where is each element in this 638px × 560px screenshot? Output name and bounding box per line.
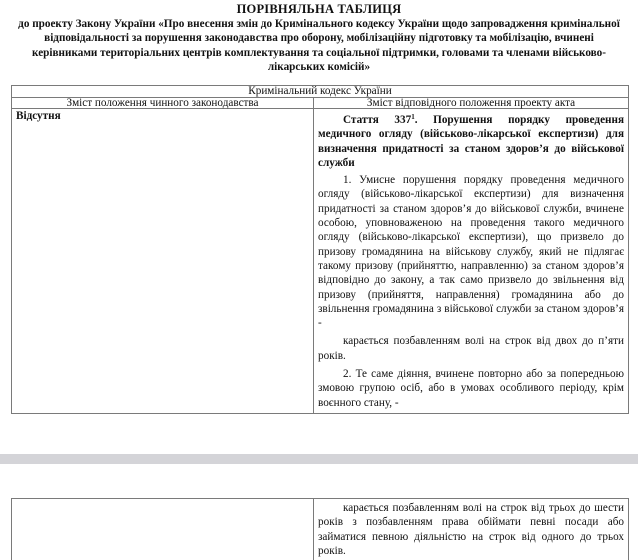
article-part-2: 2. Те саме діяння, вчинене повторно або … [318, 367, 624, 410]
column-header-draft-act: Зміст відповідного положення проекту акт… [314, 97, 629, 109]
article-number: Стаття 337 [343, 114, 411, 126]
table-span-header-row: Кримінальний кодекс України [12, 86, 629, 98]
article-sanction-2: карається позбавленням волі на строк від… [318, 501, 624, 558]
table-span-header: Кримінальний кодекс України [12, 86, 629, 98]
article-sanction-1: карається позбавленням волі на строк від… [318, 334, 624, 363]
comparison-table-continued: карається позбавленням волі на строк від… [11, 498, 629, 560]
current-law-cell: Відсутня [12, 109, 314, 414]
document-title: ПОРІВНЯЛЬНА ТАБЛИЦЯ [0, 2, 638, 17]
draft-act-cell: Стаття 3371. Порушення порядку проведенн… [314, 109, 629, 414]
document-subtitle: до проекту Закону України «Про внесення … [0, 17, 638, 74]
document-page-2: карається позбавленням волі на строк від… [0, 464, 638, 560]
article-part-1: 1. Умисне порушення порядку проведення м… [318, 173, 624, 330]
table-row: карається позбавленням волі на строк від… [12, 499, 629, 560]
table-row: Відсутня Стаття 3371. Порушення порядку … [12, 109, 629, 414]
comparison-table: Кримінальний кодекс України Зміст положе… [11, 85, 629, 414]
column-header-current-law: Зміст положення чинного законодавства [12, 97, 314, 109]
article-heading: Стаття 3371. Порушення порядку проведенн… [318, 113, 624, 170]
table-column-header-row: Зміст положення чинного законодавства Зм… [12, 97, 629, 109]
document-header: ПОРІВНЯЛЬНА ТАБЛИЦЯ до проекту Закону Ук… [0, 2, 638, 74]
document-page-1: ПОРІВНЯЛЬНА ТАБЛИЦЯ до проекту Закону Ук… [0, 0, 638, 454]
current-law-cell [12, 499, 314, 560]
page-separator [0, 454, 638, 464]
draft-act-cell: карається позбавленням волі на строк від… [314, 499, 629, 560]
